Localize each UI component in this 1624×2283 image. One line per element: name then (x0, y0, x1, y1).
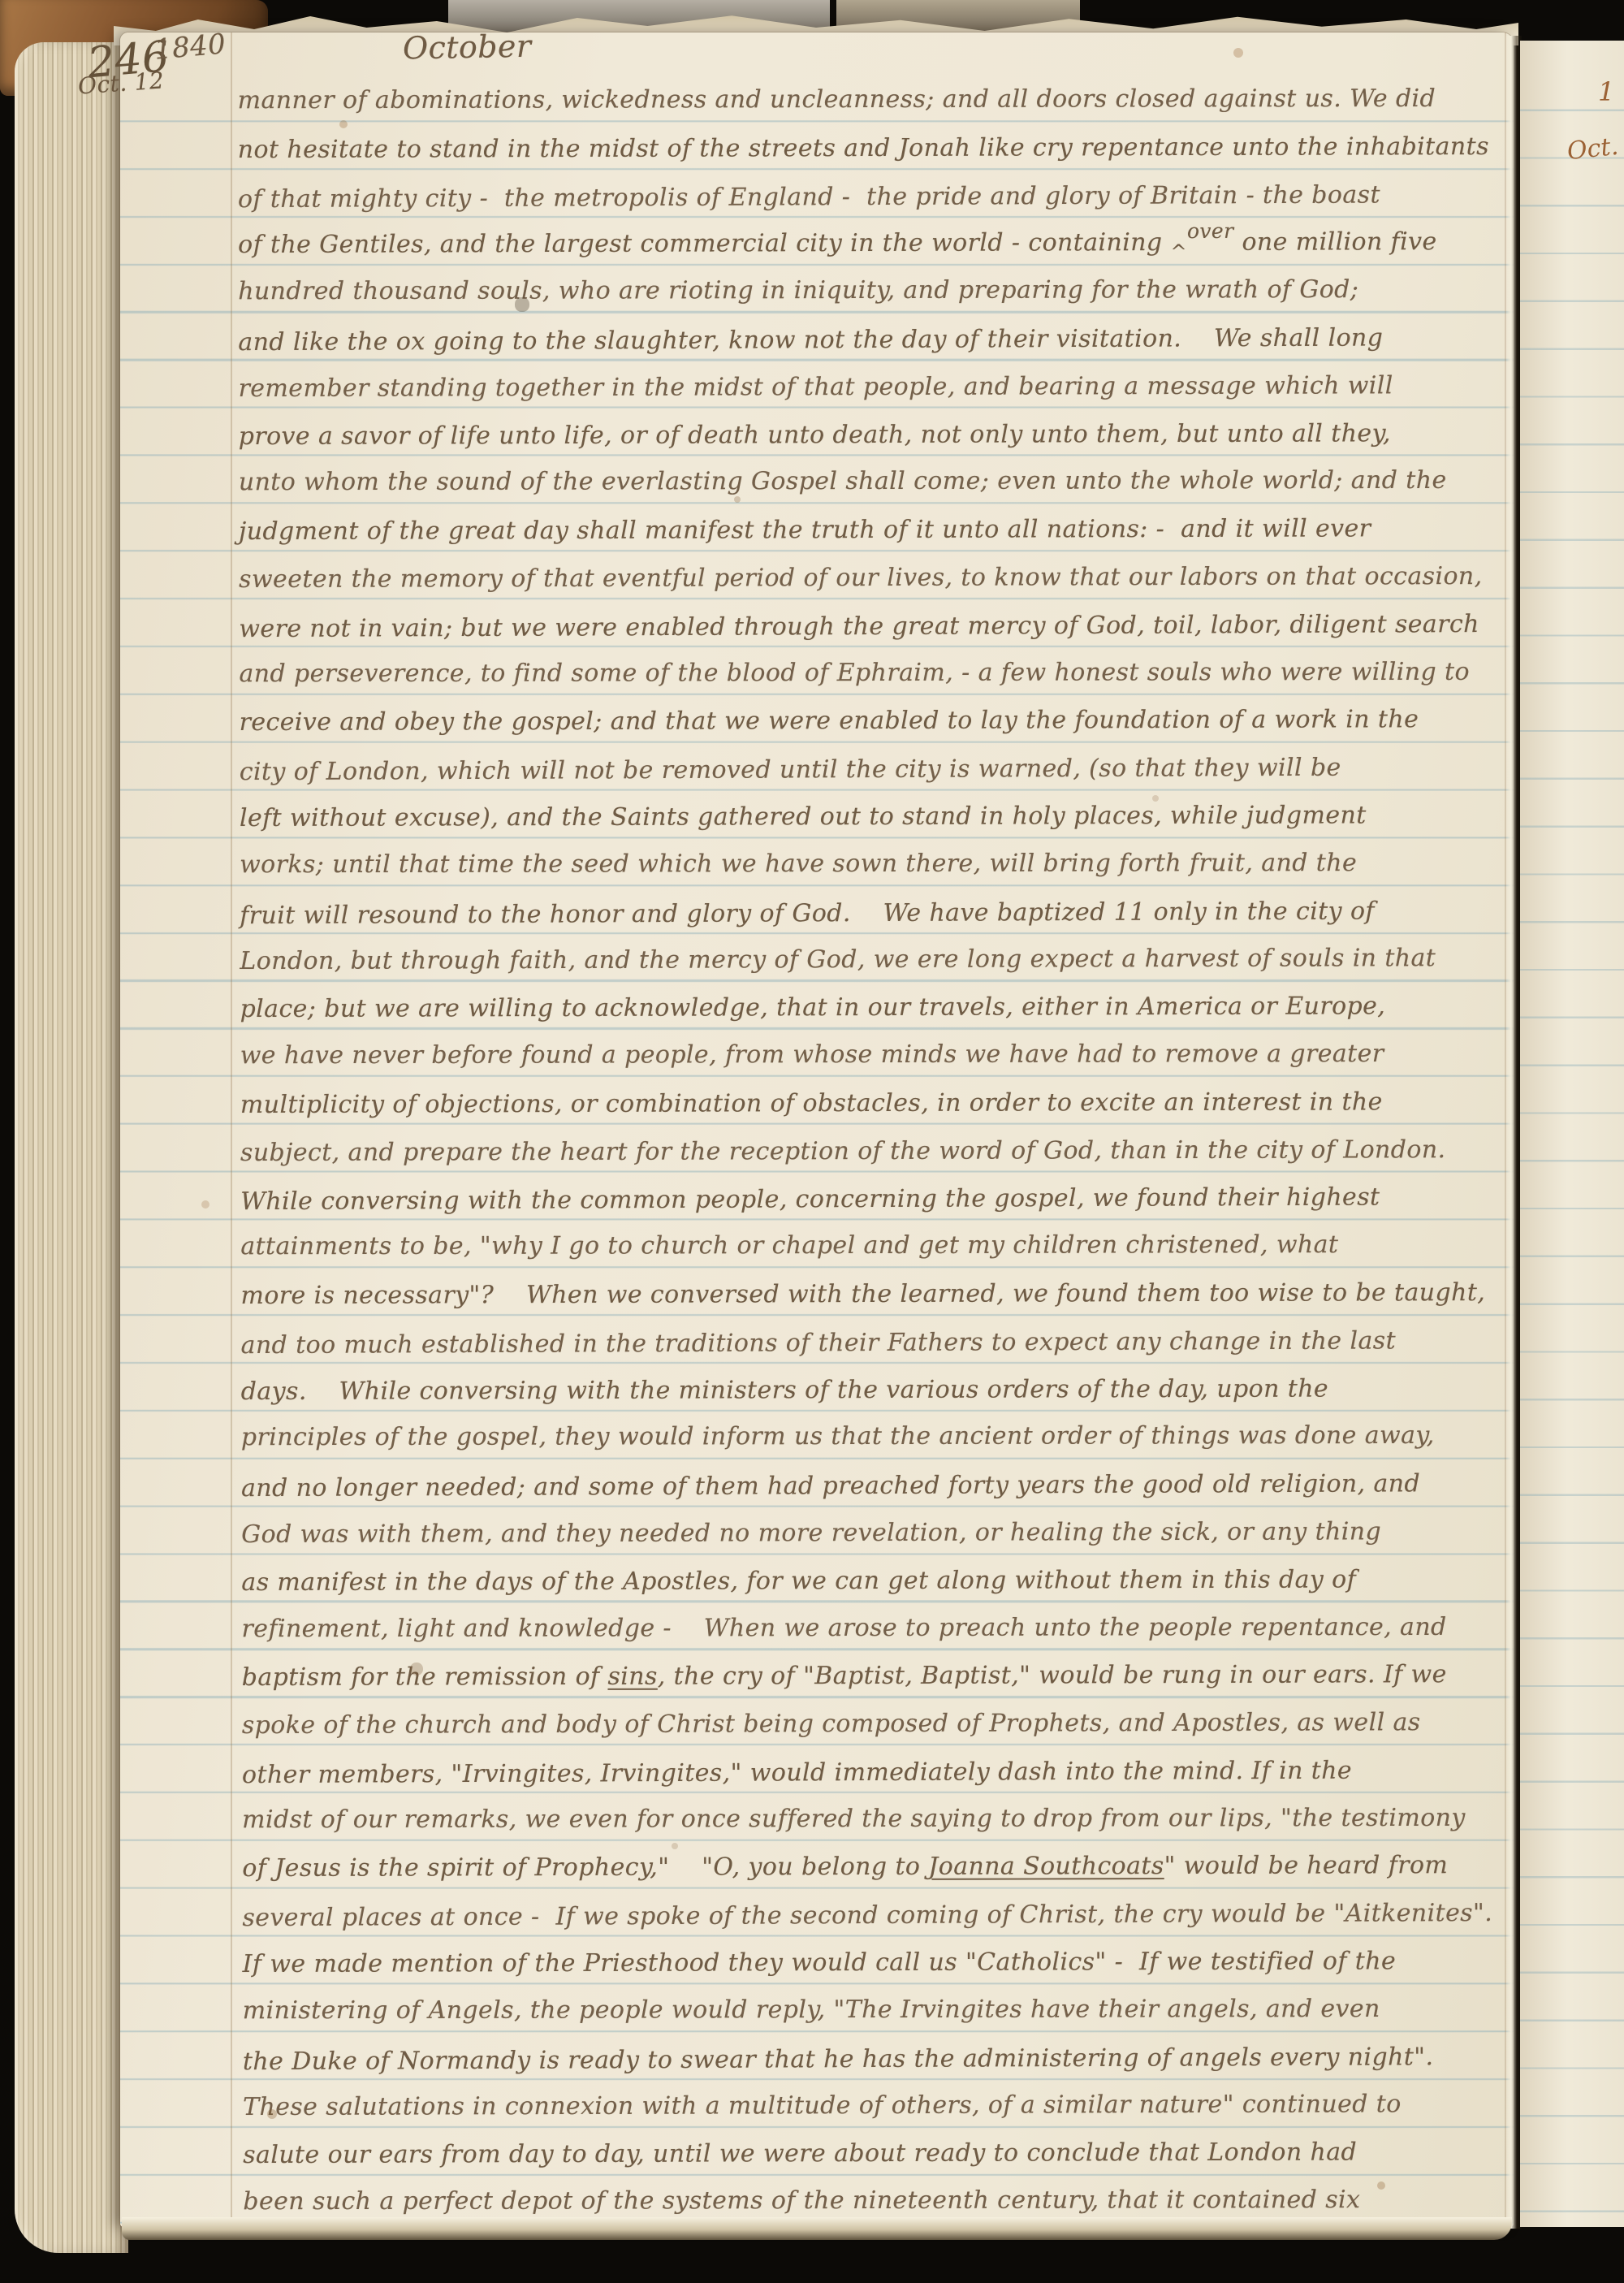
journal-line: refinement, light and knowledge - When w… (241, 1602, 1505, 1652)
underlined-word: Joanna Southcoats (928, 1853, 1164, 1882)
page-gap-shadow (1505, 36, 1522, 2229)
journal-line: and no longer needed; and some of them h… (241, 1459, 1505, 1512)
journal-line: sweeten the memory of that eventful peri… (239, 552, 1502, 603)
scanned-journal-photo: { "page": { "page_number": "246", "year"… (0, 0, 1624, 2283)
left-margin-rule (231, 32, 232, 2227)
journal-line: manner of abominations, wickedness and u… (238, 75, 1501, 124)
journal-line: subject, and prepare the heart for the r… (240, 1125, 1504, 1176)
journal-line: fruit will resound to the honor and glor… (240, 886, 1503, 939)
journal-line: midst of our remarks, we even for once s… (242, 1793, 1505, 1843)
page-bottom-edge (122, 2217, 1512, 2240)
journal-line: of the Gentiles, and the largest commerc… (238, 218, 1501, 269)
journal-line: remember standing together in the midst … (238, 361, 1501, 413)
journal-line: hundred thousand souls, who are rioting … (238, 266, 1501, 315)
next-page-sliver: 1 Oct. (1520, 41, 1624, 2227)
journal-line: and like the ox going to the slaughter, … (238, 313, 1501, 366)
journal-line: we have never before found a people, fro… (240, 1030, 1504, 1079)
next-page-ruled-lines (1520, 41, 1624, 2227)
journal-line: not hesitate to stand in the midst of th… (238, 123, 1501, 174)
journal-line: and too much established in the traditio… (241, 1317, 1505, 1369)
journal-line: were not in vain; but we were enabled th… (239, 600, 1502, 653)
journal-line: city of London, which will not be remove… (240, 743, 1503, 796)
next-page-partial-date: Oct. (1566, 132, 1619, 166)
journal-line: baptism for the remission of sins, the c… (242, 1650, 1505, 1701)
journal-line: receive and obey the gospel; and that we… (240, 695, 1503, 746)
journal-line: several places at once - If we spoke of … (242, 1889, 1505, 1942)
journal-line: unto whom the sound of the everlasting G… (239, 456, 1502, 506)
journal-line: of Jesus is the spirit of Prophecy," "O,… (242, 1841, 1505, 1892)
underlined-word: sins (607, 1663, 657, 1691)
foxing-stains (0, 0, 5, 5)
journal-line: judgment of the great day shall manifest… (239, 504, 1502, 556)
journal-line: prove a savor of life unto life, or of d… (239, 409, 1502, 460)
journal-line: attainments to be, "why I go to church o… (240, 1221, 1504, 1270)
year-label: 1840 (153, 28, 227, 67)
journal-line: of that mighty city - the metropolis of … (238, 170, 1501, 223)
caret-mark: ^ (1170, 240, 1187, 263)
journal-line: If we made mention of the Priesthood the… (243, 1937, 1506, 1988)
journal-line: These salutations in connexion with a mu… (243, 2080, 1506, 2131)
journal-line: more is necessary"? When we conversed wi… (240, 1269, 1504, 1320)
journal-line: spoke of the church and body of Christ b… (242, 1698, 1505, 1749)
journal-line: God was with them, and they needed no mo… (241, 1507, 1505, 1559)
journal-line: London, but through faith, and the mercy… (240, 934, 1503, 985)
inserted-word: over (1187, 219, 1234, 243)
journal-line: multiplicity of objections, or combinati… (240, 1078, 1504, 1129)
journal-line: other members, "Irvingites, Irvingites,"… (242, 1746, 1505, 1799)
journal-line: salute our ears from day to day, until w… (243, 2128, 1506, 2179)
month-header: October (403, 28, 532, 67)
journal-line: While conversing with the common people,… (240, 1173, 1504, 1226)
next-page-partial-year: 1 (1598, 76, 1614, 107)
journal-line: days. While conversing with the minister… (241, 1364, 1505, 1415)
journal-line: place; but we are willing to acknowledge… (240, 982, 1503, 1033)
page-edge-stack (15, 42, 128, 2253)
journal-line: as manifest in the days of the Apostles,… (241, 1555, 1505, 1606)
journal-line: the Duke of Normandy is ready to swear t… (243, 2033, 1506, 2086)
journal-line: principles of the gospel, they would inf… (241, 1412, 1505, 1461)
entry-text: manner of abominations, wickedness and u… (238, 75, 1507, 2227)
journal-line: left without excuse), and the Saints gat… (240, 791, 1503, 842)
journal-line: works; until that time the seed which we… (240, 839, 1503, 889)
journal-line: and perseverence, to find some of the bl… (239, 647, 1502, 697)
journal-line: ministering of Angels, the people would … (243, 1985, 1506, 2034)
